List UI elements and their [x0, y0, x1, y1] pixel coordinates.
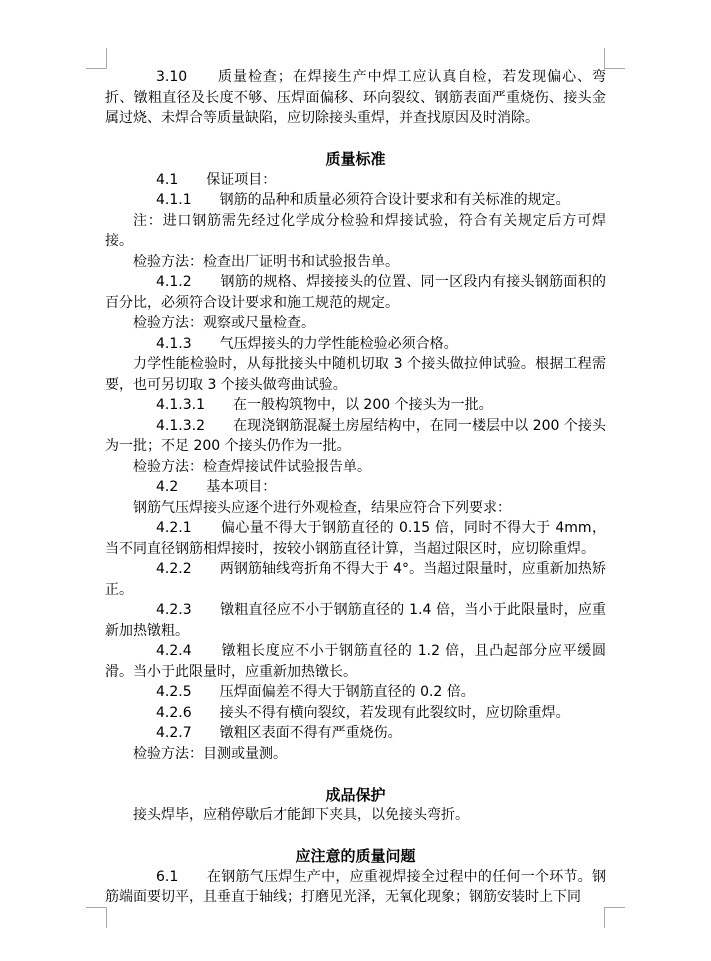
- paragraph: 力学性能检验时，从每批接头中随机切取 3 个接头做拉伸试验。根据工程需要，也可另…: [105, 354, 606, 395]
- paragraph: 接头焊毕，应稍停歇后才能卸下夹具，以免接头弯折。: [105, 805, 606, 826]
- paragraph: 4.1.2 钢筋的规格、焊接接头的位置、同一区段内有接头钢筋面积的百分比，必须符…: [105, 272, 606, 313]
- paragraph: 注：进口钢筋需先经过化学成分检验和焊接试验，符合有关规定后方可焊接。: [105, 211, 606, 252]
- blank-line: [105, 764, 606, 785]
- paragraph: 4.2.7 镦粗区表面不得有严重烧伤。: [105, 723, 606, 744]
- section-heading: 成品保护: [105, 785, 606, 806]
- paragraph: 检验方法：观察或尺量检查。: [105, 313, 606, 334]
- section-heading: 质量标准: [105, 149, 606, 170]
- paragraph: 4.1.3.2 在现浇钢筋混凝土房屋结构中，在同一楼层中以 200 个接头为一批…: [105, 416, 606, 457]
- paragraph: 4.1.3 气压焊接头的力学性能检验必须合格。: [105, 334, 606, 355]
- document-page: 3.10 质量检查；在焊接生产中焊工应认真自检，若发现偏心、弯折、镦粗直径及长度…: [0, 0, 711, 961]
- text-boundary-mark-top-left: [86, 48, 107, 69]
- text-boundary-mark-bottom-right: [604, 907, 625, 928]
- paragraph: 4.2.2 两钢筋轴线弯折角不得大于 4°。当超过限量时，应重新加热矫正。: [105, 559, 606, 600]
- paragraph: 4.2.4 镦粗长度应不小于钢筋直径的 1.2 倍，且凸起部分应平缓圆滑。当小于…: [105, 641, 606, 682]
- paragraph: 4.2 基本项目：: [105, 477, 606, 498]
- paragraph: 4.1.3.1 在一般构筑物中，以 200 个接头为一批。: [105, 395, 606, 416]
- paragraph: 4.2.3 镦粗直径应不小于钢筋直径的 1.4 倍，当小于此限量时，应重新加热镦…: [105, 600, 606, 641]
- paragraph: 检验方法：目测或量测。: [105, 744, 606, 765]
- paragraph: 3.10 质量检查；在焊接生产中焊工应认真自检，若发现偏心、弯折、镦粗直径及长度…: [105, 67, 606, 129]
- paragraph: 4.1 保证项目：: [105, 170, 606, 191]
- paragraph: 检验方法：检查出厂证明书和试验报告单。: [105, 252, 606, 273]
- paragraph: 4.1.1 钢筋的品种和质量必须符合设计要求和有关标准的规定。: [105, 190, 606, 211]
- paragraph: 4.2.6 接头不得有横向裂纹，若发现有此裂纹时，应切除重焊。: [105, 703, 606, 724]
- paragraph: 检验方法：检查焊接试件试验报告单。: [105, 457, 606, 478]
- text-boundary-mark-top-right: [604, 48, 625, 69]
- document-text: 3.10 质量检查；在焊接生产中焊工应认真自检，若发现偏心、弯折、镦粗直径及长度…: [105, 67, 606, 908]
- text-boundary-mark-bottom-left: [86, 907, 107, 928]
- paragraph: 钢筋气压焊接头应逐个进行外观检查，结果应符合下列要求：: [105, 498, 606, 519]
- paragraph: 6.1 在钢筋气压焊生产中，应重视焊接全过程中的任何一个环节。钢筋端面要切平，且…: [105, 867, 606, 908]
- paragraph: 4.2.5 压焊面偏差不得大于钢筋直径的 0.2 倍。: [105, 682, 606, 703]
- blank-line: [105, 826, 606, 847]
- paragraph: 4.2.1 偏心量不得大于钢筋直径的 0.15 倍，同时不得大于 4mm，当不同…: [105, 518, 606, 559]
- section-heading: 应注意的质量问题: [105, 846, 606, 867]
- blank-line: [105, 129, 606, 150]
